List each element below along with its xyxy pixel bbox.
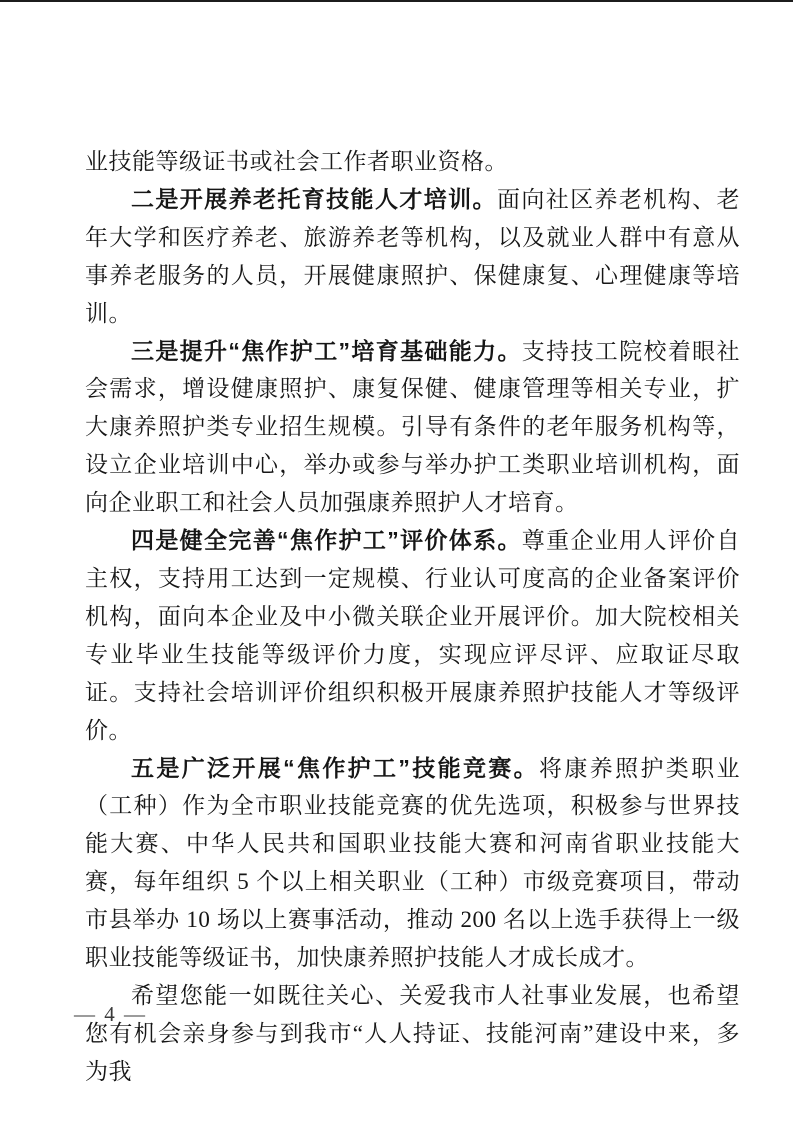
document-page: 业技能等级证书或社会工作者职业资格。 二是开展养老托育技能人才培训。面向社区养老… xyxy=(0,0,793,1122)
paragraph-text: 业技能等级证书或社会工作者职业资格。 xyxy=(85,149,508,174)
page-number: — 4 — xyxy=(74,1000,147,1028)
scan-edge-artifact xyxy=(0,0,793,2)
paragraph-lead: 二是开展养老托育技能人才培训。 xyxy=(131,186,497,212)
paragraph-text: 希望您能一如既往关心、关爱我市人社事业发展，也希望您有机会亲身参与到我市“人人持… xyxy=(85,983,740,1084)
paragraph-lead: 三是提升“焦作护工”培育基础能力。 xyxy=(131,338,522,364)
paragraph-text: 尊重企业用人评价自主权，支持用工达到一定规模、行业认可度高的企业备案评价机构，面… xyxy=(85,528,740,743)
paragraph-continuation: 业技能等级证书或社会工作者职业资格。 xyxy=(85,143,740,181)
paragraph-item-2: 二是开展养老托育技能人才培训。面向社区养老机构、老年大学和医疗养老、旅游养老等机… xyxy=(85,181,740,333)
paragraph-lead: 四是健全完善“焦作护工”评价体系。 xyxy=(131,527,522,553)
paragraph-closing: 希望您能一如既往关心、关爱我市人社事业发展，也希望您有机会亲身参与到我市“人人持… xyxy=(85,977,740,1091)
paragraph-item-4: 四是健全完善“焦作护工”评价体系。尊重企业用人评价自主权，支持用工达到一定规模、… xyxy=(85,522,740,749)
paragraph-text: 将康养照护类职业（工种）作为全市职业技能竞赛的优先选项，积极参与世界技能大赛、中… xyxy=(85,756,740,971)
paragraph-item-5: 五是广泛开展“焦作护工”技能竞赛。将康养照护类职业（工种）作为全市职业技能竞赛的… xyxy=(85,750,740,977)
document-body: 业技能等级证书或社会工作者职业资格。 二是开展养老托育技能人才培训。面向社区养老… xyxy=(85,143,740,1091)
paragraph-item-3: 三是提升“焦作护工”培育基础能力。支持技工院校着眼社会需求，增设健康照护、康复保… xyxy=(85,333,740,523)
paragraph-lead: 五是广泛开展“焦作护工”技能竞赛。 xyxy=(131,755,539,781)
paragraph-text: 支持技工院校着眼社会需求，增设健康照护、康复保健、健康管理等相关专业，扩大康养照… xyxy=(85,339,740,516)
